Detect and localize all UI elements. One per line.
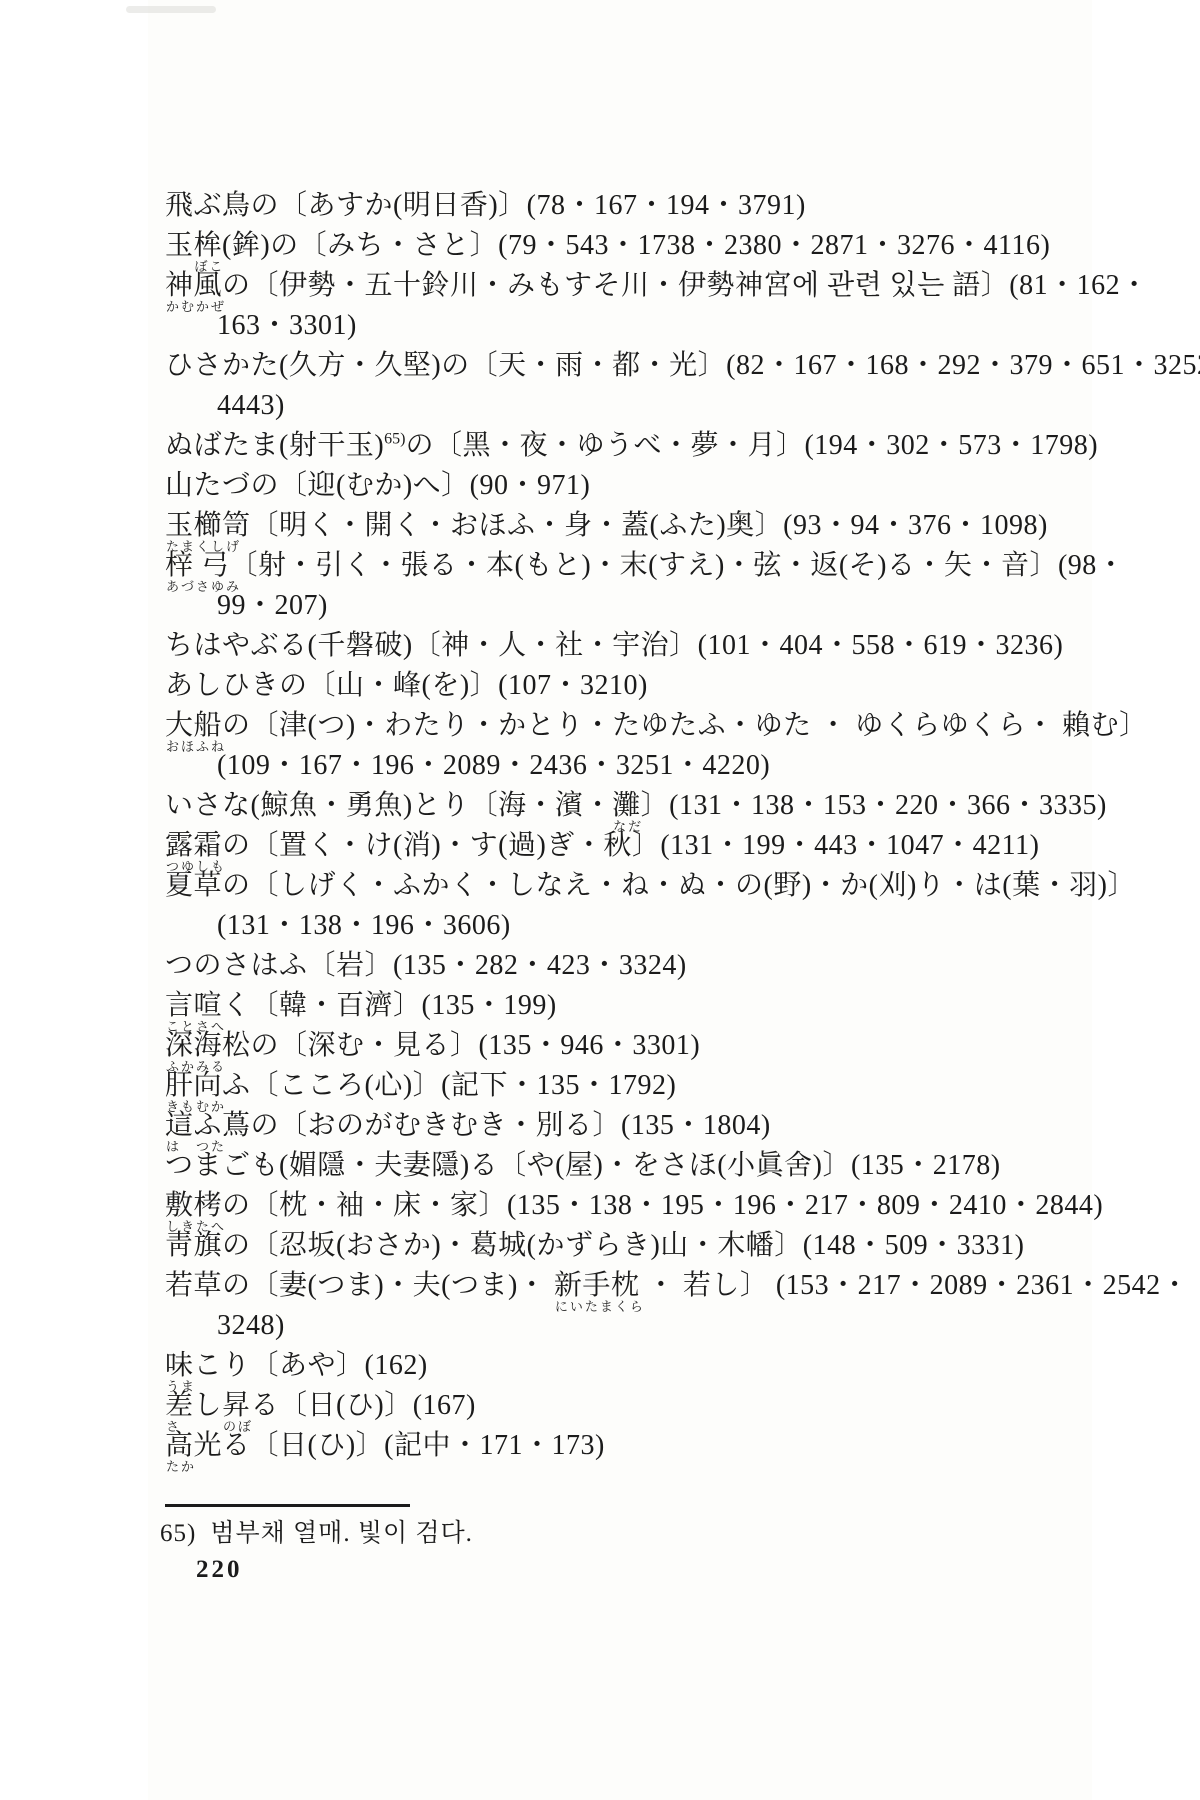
footnote-divider	[165, 1504, 410, 1507]
entry-list: 飛ぶ鳥の〔あすか(明日香)〕(78・167・194・3791)玉桙ぼこ(鉾)の〔…	[165, 186, 1095, 1466]
entry-line: 梓 弓あづさゆみ〔射・引く・張る・本(もと)・末(すえ)・弦・返(そ)る・矢・音…	[165, 546, 1095, 586]
entry-line: 玉櫛笥たまくしげ〔明く・開く・おほふ・身・蓋(ふた)奥〕(93・94・376・1…	[165, 506, 1095, 546]
ruby-word: 玉櫛笥たまくしげ	[165, 506, 251, 546]
ruby-word: 梓 弓あづさゆみ	[165, 546, 230, 586]
ruby-word: 桙ぼこ	[194, 226, 223, 266]
footnote-text: 범부채 열매. 빛이 검다.	[210, 1520, 473, 1547]
entry-line: 言喧くことさへ〔韓・百濟〕(135・199)	[165, 986, 1095, 1026]
ruby-word: 深海松ふかみる	[165, 1026, 251, 1066]
ruby-word: 神風かむかぜ	[165, 266, 222, 306]
entry-line: いさな(鯨魚・勇魚)とり〔海・濱・灘なだ〕(131・138・153・220・36…	[165, 786, 1095, 826]
ruby-annotation: かむかぜ	[166, 300, 226, 313]
entry-continuation: (109・167・196・2089・2436・3251・4220)	[165, 746, 1095, 786]
ruby-word: 肝向ふきもむか	[165, 1066, 251, 1106]
ruby-annotation: おほふね	[166, 740, 226, 753]
entry-line: 若草の〔妻(つま)・夫(つま)・ 新手枕にいたまくら ・ 若し〕 (153・21…	[165, 1266, 1095, 1306]
ruby-annotation: は つた	[166, 1140, 226, 1153]
entry-line: 差さし昇のぼる〔日(ひ)〕(167)	[165, 1386, 1095, 1426]
ruby-word: 新手枕にいたまくら	[554, 1266, 640, 1306]
entry-line: 深海松ふかみるの〔深む・見る〕(135・946・3301)	[165, 1026, 1095, 1066]
entry-line: 神風かむかぜの〔伊勢・五十鈴川・みもすそ川・伊勢神宮에 관련 있는 語〕(81・…	[165, 266, 1095, 306]
ruby-annotation: しきたへ	[166, 1220, 226, 1233]
ruby-word: 這ふ蔦は つた	[165, 1106, 251, 1146]
ruby-word: 大船おほふね	[165, 706, 222, 746]
ruby-annotation: にいたまくら	[555, 1300, 645, 1313]
entry-line: 飛ぶ鳥の〔あすか(明日香)〕(78・167・194・3791)	[165, 186, 1095, 226]
ruby-word: 敷栲しきたへ	[165, 1186, 222, 1226]
entry-line: 這ふ蔦は つたの〔おのがむきむき・別る〕(135・1804)	[165, 1106, 1095, 1146]
ruby-word: 灘なだ	[612, 786, 641, 826]
entry-line: 夏草の〔しげく・ふかく・しなえ・ね・ぬ・の(野)・か(刈)り・は(葉・羽)〕	[165, 866, 1095, 906]
ruby-annotation: あづさゆみ	[166, 580, 241, 593]
scan-smudge-artifact	[126, 6, 216, 13]
ruby-word: 高たか	[165, 1426, 194, 1466]
entry-line: 敷栲しきたへの〔枕・袖・床・家〕(135・138・195・196・217・809…	[165, 1186, 1095, 1226]
entry-line: ぬばたま(射干玉)65)の〔黑・夜・ゆうべ・夢・月〕(194・302・573・1…	[165, 426, 1095, 466]
entry-line: あしひきの〔山・峰(を)〕(107・3210)	[165, 666, 1095, 706]
entry-line: 高たか光る〔日(ひ)〕(記中・171・173)	[165, 1426, 1095, 1466]
ruby-word: 差さ	[165, 1386, 194, 1426]
ruby-annotation: つゆしも	[166, 860, 226, 873]
ruby-annotation: のぼ	[223, 1420, 253, 1433]
footnote: 65)범부채 열매. 빛이 검다.	[160, 1516, 960, 1552]
entry-line: 玉桙ぼこ(鉾)の〔みち・さと〕(79・543・1738・2380・2871・32…	[165, 226, 1095, 266]
entry-line: 肝向ふきもむか〔こころ(心)〕(記下・135・1792)	[165, 1066, 1095, 1106]
page-number: 220	[196, 1556, 243, 1584]
entry-line: 山たづの〔迎(むか)へ〕(90・971)	[165, 466, 1095, 506]
footnote-marker: 65)	[160, 1520, 196, 1547]
entry-line: つまごも(媚隱・夫妻隱)る〔や(屋)・をさほ(小眞舍)〕(135・2178)	[165, 1146, 1095, 1186]
entry-continuation: 99・207)	[165, 586, 1095, 626]
ruby-word: 露霜つゆしも	[165, 826, 222, 866]
entry-line: 味うまこり〔あや〕(162)	[165, 1346, 1095, 1386]
book-page: 飛ぶ鳥の〔あすか(明日香)〕(78・167・194・3791)玉桙ぼこ(鉾)の〔…	[0, 0, 1200, 1800]
ruby-annotation: たか	[166, 1460, 196, 1473]
entry-line: 大船おほふねの〔津(つ)・わたり・かとり・たゆたふ・ゆた ・ ゆくらゆくら・ 賴…	[165, 706, 1095, 746]
entry-continuation: 4443)	[165, 386, 1095, 426]
ruby-word: 味うま	[165, 1346, 194, 1386]
entry-continuation: 163・3301)	[165, 306, 1095, 346]
entry-line: ひさかた(久方・久堅)の〔天・雨・都・光〕(82・167・168・292・379…	[165, 346, 1095, 386]
ruby-annotation: なだ	[613, 820, 643, 833]
entry-line: 靑旗の〔忍坂(おさか)・葛城(かずらき)山・木幡〕(148・509・3331)	[165, 1226, 1095, 1266]
entry-line: ちはやぶる(千磐破)〔神・人・社・宇治〕(101・404・558・619・323…	[165, 626, 1095, 666]
entry-line: つのさはふ〔岩〕(135・282・423・3324)	[165, 946, 1095, 986]
ruby-word: 言喧くことさへ	[165, 986, 251, 1026]
entry-continuation: (131・138・196・3606)	[165, 906, 1095, 946]
footnote-ref: 65)	[384, 431, 405, 448]
ruby-word: 昇のぼ	[222, 1386, 251, 1426]
